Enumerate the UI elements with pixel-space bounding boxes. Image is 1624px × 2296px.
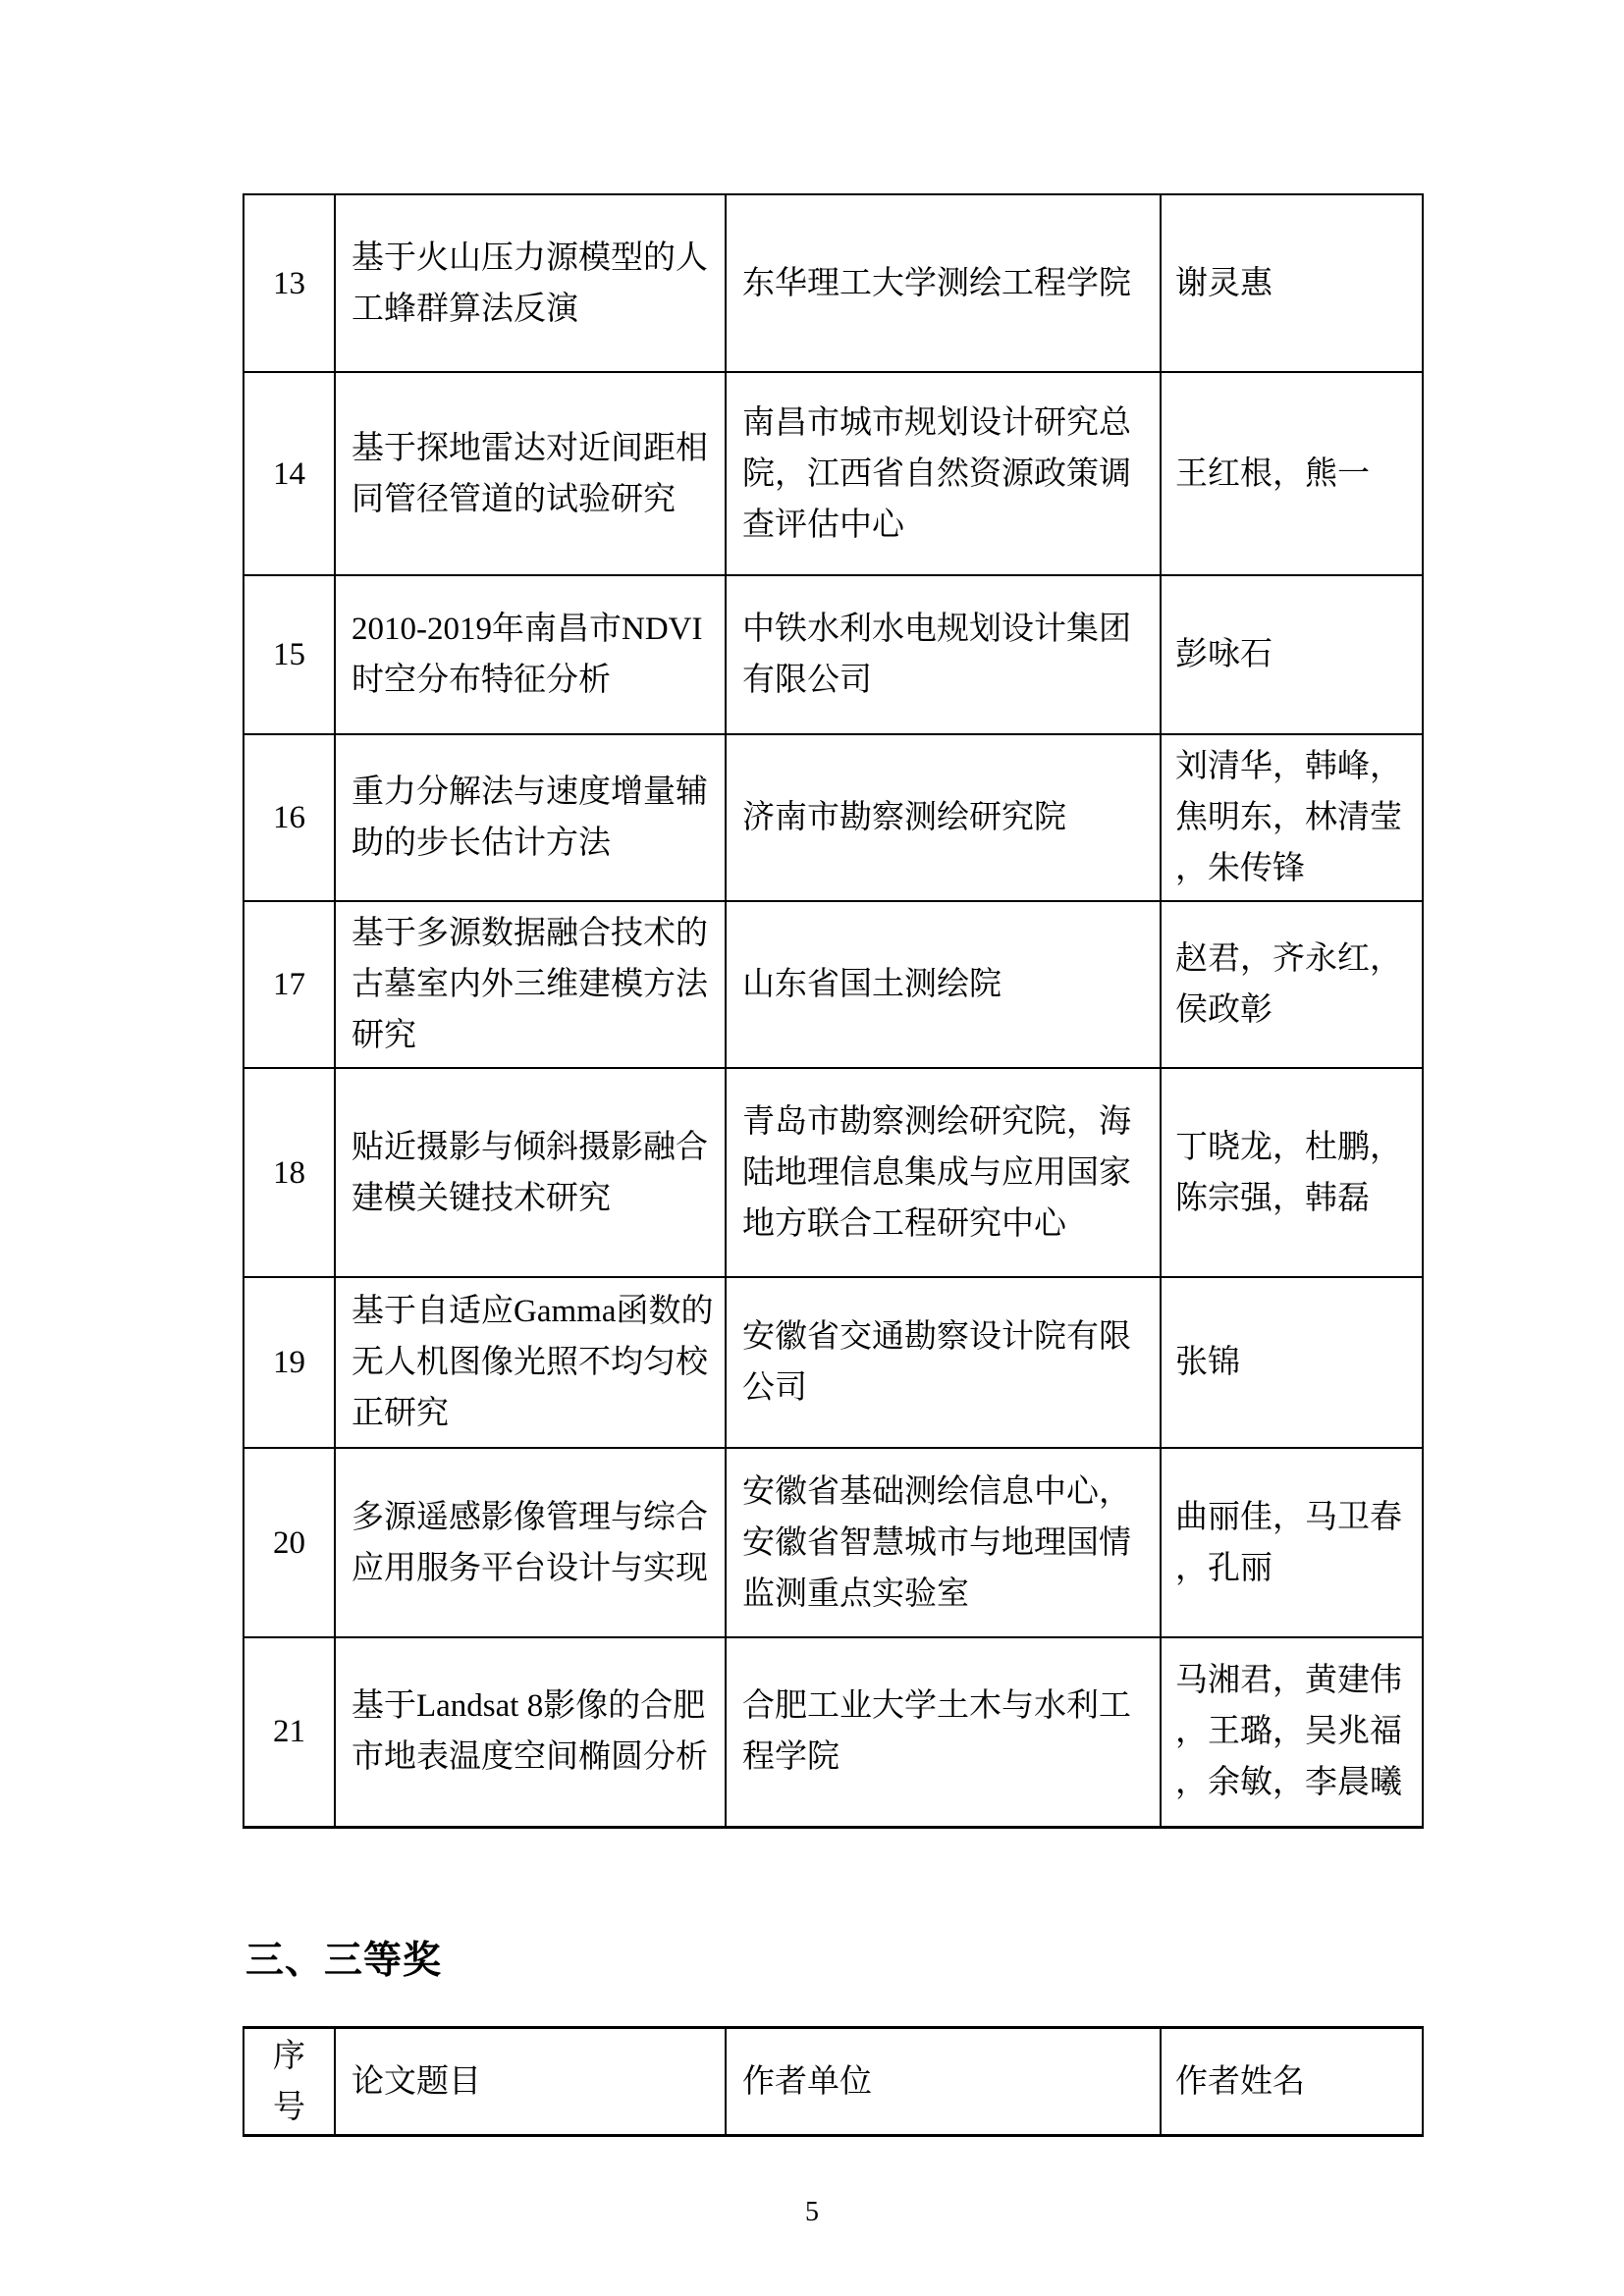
author-org-cell: 东华理工大学测绘工程学院 xyxy=(726,194,1161,372)
table-row: 17 基于多源数据融合技术的古墓室内外三维建模方法研究 山东省国土测绘院 赵君，… xyxy=(244,901,1423,1068)
author-names-cell: 曲丽佳，马卫春，孔丽 xyxy=(1161,1448,1423,1637)
author-org-cell: 中铁水利水电规划设计集团有限公司 xyxy=(726,575,1161,734)
paper-title-cell: 基于自适应Gamma函数的无人机图像光照不均匀校正研究 xyxy=(335,1277,726,1448)
paper-title-cell: 多源遥感影像管理与综合应用服务平台设计与实现 xyxy=(335,1448,726,1637)
paper-title-cell: 重力分解法与速度增量辅助的步长估计方法 xyxy=(335,734,726,901)
table-row: 19 基于自适应Gamma函数的无人机图像光照不均匀校正研究 安徽省交通勘察设计… xyxy=(244,1277,1423,1448)
row-number-cell: 16 xyxy=(244,734,335,901)
row-number-cell: 14 xyxy=(244,372,335,575)
section-heading-third-prize: 三、三等奖 xyxy=(245,1930,442,1985)
row-number-cell: 19 xyxy=(244,1277,335,1448)
paper-title-cell: 基于多源数据融合技术的古墓室内外三维建模方法研究 xyxy=(335,901,726,1068)
row-number-cell: 15 xyxy=(244,575,335,734)
paper-title-cell: 基于探地雷达对近间距相同管径管道的试验研究 xyxy=(335,372,726,575)
table-row: 20 多源遥感影像管理与综合应用服务平台设计与实现 安徽省基础测绘信息中心，安徽… xyxy=(244,1448,1423,1637)
author-names-cell: 王红根，熊一 xyxy=(1161,372,1423,575)
row-number-cell: 17 xyxy=(244,901,335,1068)
paper-title-cell: 基于火山压力源模型的人工蜂群算法反演 xyxy=(335,194,726,372)
paper-title-cell: 基于Landsat 8影像的合肥市地表温度空间椭圆分析 xyxy=(335,1637,726,1827)
third-prize-table-header: 序号 论文题目 作者单位 作者姓名 xyxy=(243,2026,1424,2137)
author-names-cell: 刘清华，韩峰，焦明东，林清莹，朱传锋 xyxy=(1161,734,1423,901)
author-names-cell: 马湘君，黄建伟，王璐，吴兆福，余敏，李晨曦 xyxy=(1161,1637,1423,1827)
author-org-cell: 青岛市勘察测绘研究院，海陆地理信息集成与应用国家地方联合工程研究中心 xyxy=(726,1068,1161,1277)
table-row: 15 2010-2019年南昌市NDVI时空分布特征分析 中铁水利水电规划设计集… xyxy=(244,575,1423,734)
author-org-cell: 南昌市城市规划设计研究总院，江西省自然资源政策调查评估中心 xyxy=(726,372,1161,575)
table-row: 18 贴近摄影与倾斜摄影融合建模关键技术研究 青岛市勘察测绘研究院，海陆地理信息… xyxy=(244,1068,1423,1277)
author-org-cell: 安徽省基础测绘信息中心，安徽省智慧城市与地理国情监测重点实验室 xyxy=(726,1448,1161,1637)
paper-title-cell: 贴近摄影与倾斜摄影融合建模关键技术研究 xyxy=(335,1068,726,1277)
table-row: 16 重力分解法与速度增量辅助的步长估计方法 济南市勘察测绘研究院 刘清华，韩峰… xyxy=(244,734,1423,901)
author-org-cell: 山东省国土测绘院 xyxy=(726,901,1161,1068)
table-row: 21 基于Landsat 8影像的合肥市地表温度空间椭圆分析 合肥工业大学土木与… xyxy=(244,1637,1423,1827)
row-number-cell: 20 xyxy=(244,1448,335,1637)
paper-title-cell: 2010-2019年南昌市NDVI时空分布特征分析 xyxy=(335,575,726,734)
document-page: 13 基于火山压力源模型的人工蜂群算法反演 东华理工大学测绘工程学院 谢灵惠 1… xyxy=(0,0,1624,2296)
author-names-cell: 赵君，齐永红，侯政彰 xyxy=(1161,901,1423,1068)
table-header-row: 序号 论文题目 作者单位 作者姓名 xyxy=(244,2028,1423,2136)
second-prize-table-continued: 13 基于火山压力源模型的人工蜂群算法反演 东华理工大学测绘工程学院 谢灵惠 1… xyxy=(243,193,1424,1829)
page-number: 5 xyxy=(0,2197,1624,2228)
author-org-cell: 安徽省交通勘察设计院有限公司 xyxy=(726,1277,1161,1448)
author-names-cell: 丁晓龙，杜鹏，陈宗强，韩磊 xyxy=(1161,1068,1423,1277)
author-names-cell: 彭咏石 xyxy=(1161,575,1423,734)
header-row-number: 序号 xyxy=(244,2028,335,2136)
row-number-cell: 13 xyxy=(244,194,335,372)
row-number-cell: 18 xyxy=(244,1068,335,1277)
header-author-names: 作者姓名 xyxy=(1161,2028,1423,2136)
header-author-org: 作者单位 xyxy=(726,2028,1161,2136)
author-org-cell: 合肥工业大学土木与水利工程学院 xyxy=(726,1637,1161,1827)
author-names-cell: 谢灵惠 xyxy=(1161,194,1423,372)
row-number-cell: 21 xyxy=(244,1637,335,1827)
author-names-cell: 张锦 xyxy=(1161,1277,1423,1448)
author-org-cell: 济南市勘察测绘研究院 xyxy=(726,734,1161,901)
table-row: 13 基于火山压力源模型的人工蜂群算法反演 东华理工大学测绘工程学院 谢灵惠 xyxy=(244,194,1423,372)
table-row: 14 基于探地雷达对近间距相同管径管道的试验研究 南昌市城市规划设计研究总院，江… xyxy=(244,372,1423,575)
header-paper-title: 论文题目 xyxy=(335,2028,726,2136)
